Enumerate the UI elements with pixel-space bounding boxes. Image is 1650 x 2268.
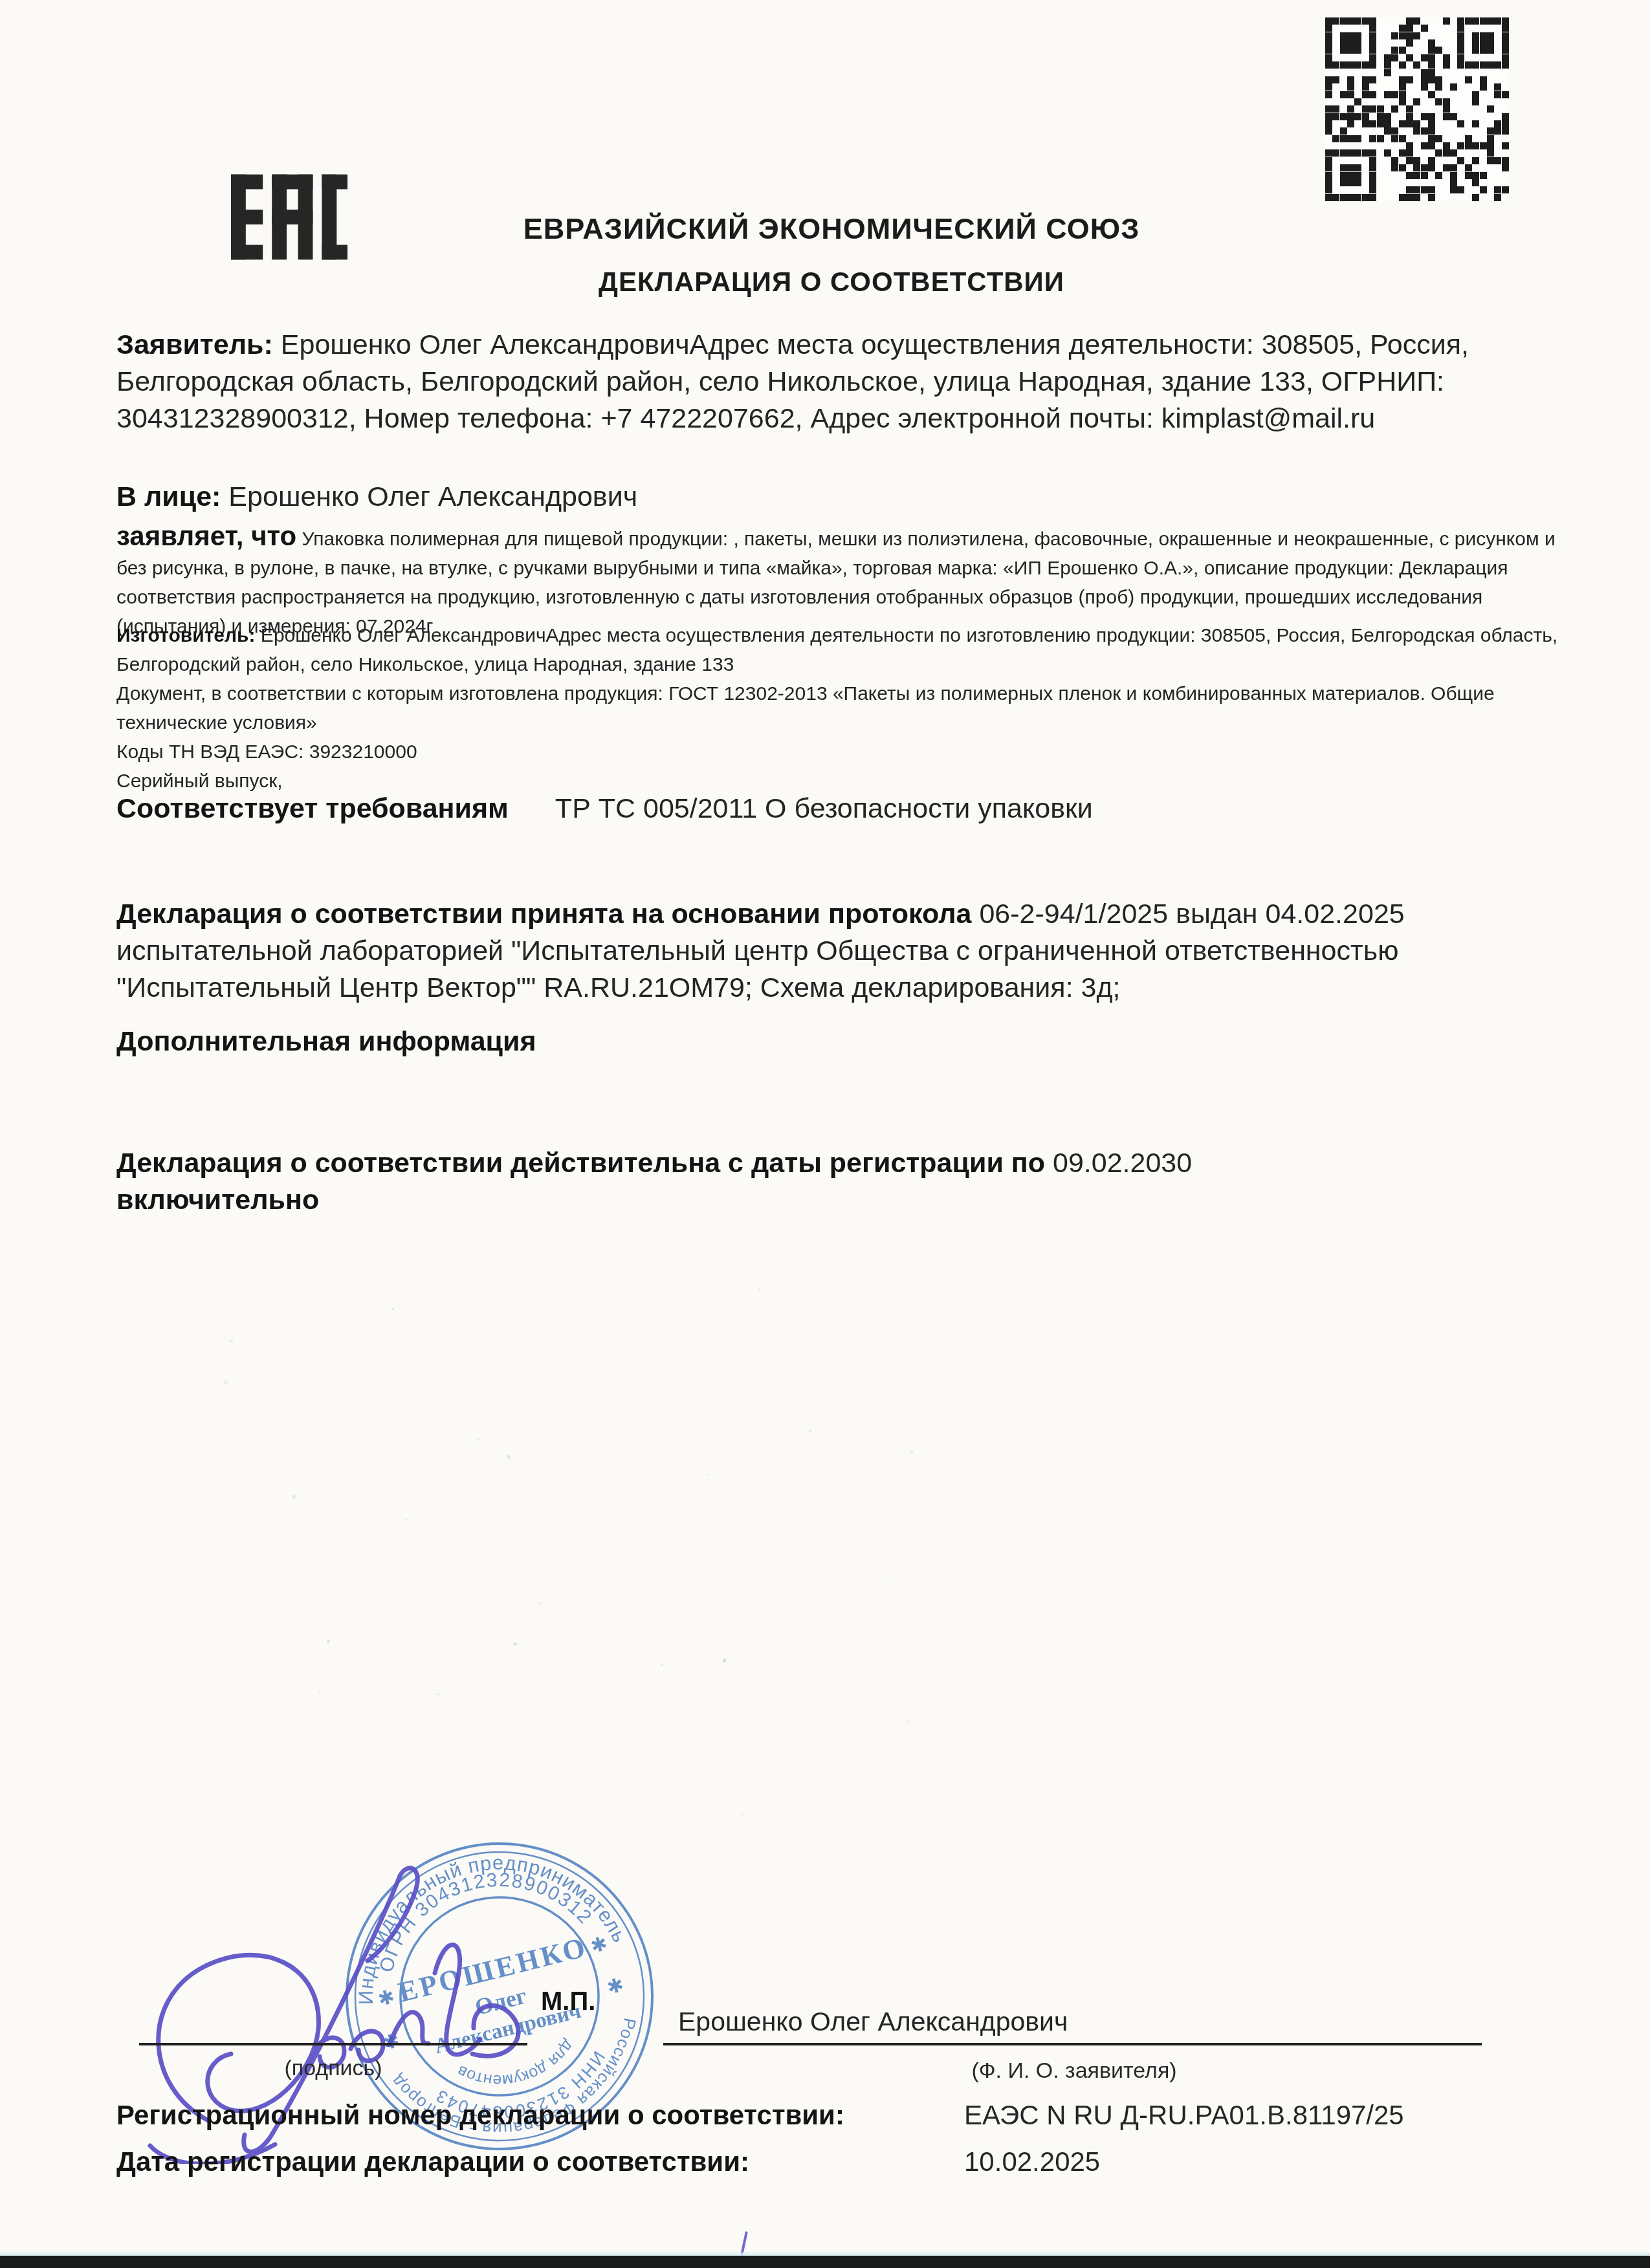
validity-paragraph: Декларация о соответствии действительна …: [116, 1145, 1550, 1219]
name-line: [663, 2043, 1482, 2045]
ink-speckle: [224, 1380, 228, 1384]
document-title: ДЕКЛАРАЦИЯ О СООТВЕТСТВИИ: [116, 267, 1546, 298]
ink-speckle: [723, 1659, 727, 1663]
registration-number-label: Регистрационный номер декларации о соотв…: [116, 2100, 844, 2131]
ink-speckle: [740, 1813, 743, 1816]
additional-info-heading: Дополнительная информация: [116, 1023, 1550, 1060]
validity-label: Декларация о соответствии действительна …: [116, 1148, 1045, 1179]
ink-speckle: [538, 1602, 542, 1605]
qr-code: [1325, 17, 1509, 201]
ink-speckle: [437, 1694, 439, 1695]
ink-speckle: [513, 1642, 517, 1646]
ink-speckle: [230, 1340, 233, 1343]
registration-date-label: Дата регистрации декларации о соответств…: [116, 2146, 749, 2177]
signature-line: [139, 2043, 527, 2045]
ink-speckle: [661, 1664, 663, 1666]
stamp-star-icon: ✱: [605, 1974, 626, 1999]
applicant-label: Заявитель:: [116, 329, 273, 360]
ink-speckle: [405, 1519, 406, 1520]
union-title: ЕВРАЗИЙСКИЙ ЭКОНОМИЧЕСКИЙ СОЮЗ: [116, 212, 1546, 246]
tn-ved-line: Коды ТН ВЭД ЕАЭС: 3923210000: [116, 737, 1559, 767]
mp-seal-label: М.П.: [541, 1987, 595, 2016]
registration-number-value: ЕАЭС N RU Д-RU.РА01.В.81197/25: [964, 2100, 1404, 2131]
applicant-text: Ерошенко Олег АлександровичАдрес места о…: [116, 329, 1469, 434]
manufacturer-text: Ерошенко Олег АлександровичАдрес места о…: [116, 625, 1557, 675]
scan-edge-strip: [0, 2256, 1650, 2268]
manufacturer-label: Изготовитель:: [116, 625, 256, 646]
ink-speckle: [392, 1308, 394, 1310]
applicant-name: Ерошенко Олег Александрович: [678, 2007, 1068, 2037]
ink-speckle: [586, 1683, 587, 1684]
ink-speckle: [507, 1455, 511, 1459]
registration-date-value: 10.02.2025: [964, 2146, 1100, 2177]
ink-speckle: [292, 1495, 296, 1498]
ink-speckle: [758, 1288, 761, 1291]
ink-speckle: [910, 1451, 913, 1454]
signature-caption: (подпись): [214, 2056, 453, 2081]
manufacturer-block: Изготовитель: Ерошенко Олег Александрови…: [116, 621, 1559, 796]
in-person-label: В лице:: [116, 481, 221, 512]
complies-label: Соответствует требованиям: [116, 793, 509, 824]
ink-speckle: [318, 1690, 320, 1692]
ink-speckle: [708, 1474, 710, 1476]
in-person-text: Ерошенко Олег Александрович: [221, 481, 637, 512]
ink-speckle: [809, 1430, 811, 1432]
in-person-line: В лице: Ерошенко Олег Александрович: [116, 479, 1550, 516]
manufacture-standard-line: Документ, в соответствии с которым изгот…: [116, 679, 1559, 737]
basis-paragraph: Декларация о соответствии принята на осн…: [116, 896, 1550, 1007]
manufacturer-paragraph: Изготовитель: Ерошенко Олег Александрови…: [116, 621, 1559, 679]
validity-line2: включительно: [116, 1182, 1550, 1219]
ink-speckle: [885, 1578, 886, 1580]
name-caption: (Ф. И. О. заявителя): [893, 2058, 1255, 2084]
ink-speckle: [478, 1439, 479, 1441]
validity-line1: Декларация о соответствии действительна …: [116, 1145, 1550, 1182]
basis-label: Декларация о соответствии принята на осн…: [116, 899, 972, 930]
ink-speckle: [327, 1640, 329, 1642]
complies-value: ТР ТС 005/2011 О безопасности упаковки: [555, 793, 1093, 824]
declaration-document: ЕВРАЗИЙСКИЙ ЭКОНОМИЧЕСКИЙ СОЮЗ ДЕКЛАРАЦИ…: [0, 0, 1650, 2268]
applicant-paragraph: Заявитель: Ерошенко Олег АлександровичАд…: [116, 327, 1550, 437]
ink-speckle: [906, 1720, 909, 1723]
validity-date: 09.02.2030: [1045, 1148, 1192, 1179]
declares-label: заявляет, что: [116, 521, 296, 551]
complies-line: Соответствует требованиям ТР ТС 005/2011…: [116, 791, 1550, 827]
